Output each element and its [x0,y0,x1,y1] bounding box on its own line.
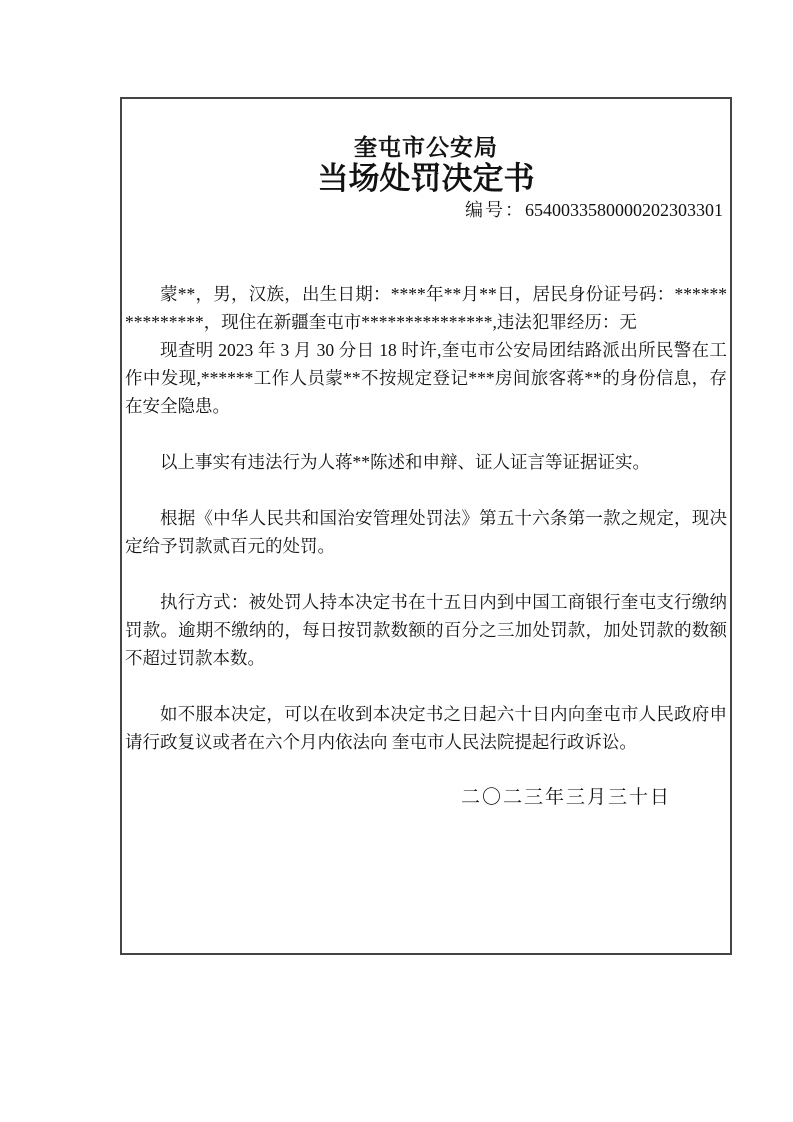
agency-name: 奎屯市公安局 [125,133,727,161]
doc-number-row: 编号：6540033580000202303301 [125,197,727,224]
document-page: 奎屯市公安局 当场处罚决定书 编号：6540033580000202303301… [0,0,793,1122]
paragraph-legal-basis: 根据《中华人民共和国治安管理处罚法》第五十六条第一款之规定，现决定给予罚款贰百元… [125,504,727,560]
document-title: 当场处罚决定书 [125,161,727,197]
doc-number-value: 6540033580000202303301 [525,200,723,220]
paragraph-appeal: 如不服本决定，可以在收到本决定书之日起六十日内向奎屯市人民政府申请行政复议或者在… [125,700,727,756]
document-border: 奎屯市公安局 当场处罚决定书 编号：6540033580000202303301… [120,97,732,955]
issue-date: 二〇二三年三月三十日 [125,784,727,812]
paragraph-execution: 执行方式：被处罚人持本决定书在十五日内到中国工商银行奎屯支行缴纳罚款。逾期不缴纳… [125,588,727,672]
paragraph-evidence: 以上事实有违法行为人蒋**陈述和申辩、证人证言等证据证实。 [125,448,727,476]
document-body: 蒙**，男，汉族，出生日期：****年**月**日，居民身份证号码：******… [125,280,727,756]
paragraph-facts: 现查明 2023 年 3 月 30 分日 18 时许,奎屯市公安局团结路派出所民… [125,336,727,420]
paragraph-person-info: 蒙**，男，汉族，出生日期：****年**月**日，居民身份证号码：******… [125,280,727,336]
doc-number-label: 编号： [465,200,525,220]
